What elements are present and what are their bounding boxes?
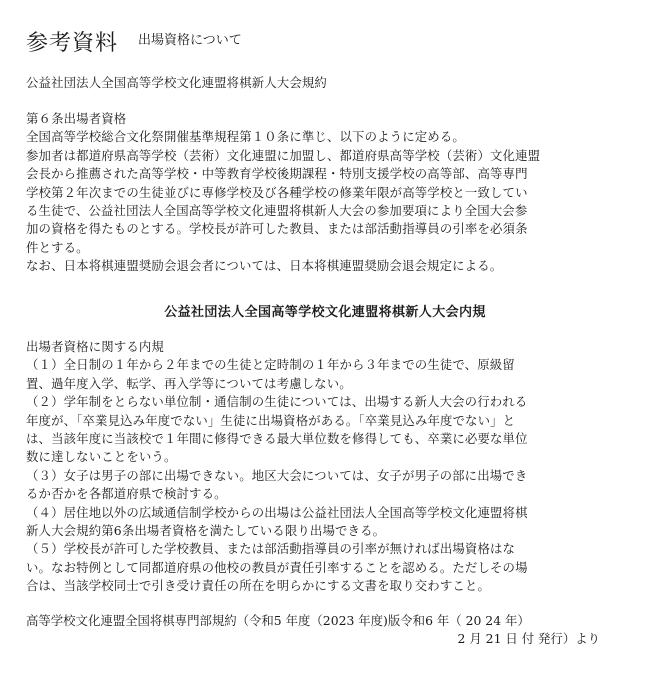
- bylaws-line: 数に達しないことをいう。: [26, 448, 626, 466]
- document-header: 参考資料 出場資格について: [26, 26, 242, 57]
- article-6-line: 参加者は都道府県高等学校（芸術）文化連盟に加盟し、都道府県高等学校（芸術）文化連…: [26, 147, 626, 165]
- bylaws-line: い。なお特例として同都道府県の他校の教員が責任引率することを認める。ただしその場: [26, 559, 626, 577]
- source-citation-line-1: 高等学校文化連盟全国将棋専門部規約（令和5 年度（2023 年度)版令和6 年（…: [26, 612, 626, 630]
- bylaws-heading: 出場者資格に関する内規: [26, 338, 626, 356]
- article-6-section: 第６条出場者資格 全国高等学校総合文化祭開催基準規程第１０条に準じ、以下のように…: [26, 110, 626, 276]
- bylaws-line: るか否かを各都道府県で検討する。: [26, 485, 626, 503]
- bylaws-title: 公益社団法人全国高等学校文化連盟将棋新人大会内規: [0, 301, 650, 320]
- bylaws-line: （１）全日制の１年から２年までの生徒と定時制の１年から３年までの生徒で、原級留: [26, 356, 626, 374]
- bylaws-line: （４）居住地以外の広域通信制学校からの出場は公益社団法人全国高等学校文化連盟将棋: [26, 504, 626, 522]
- article-6-line: る生徒で、公益社団法人全国高等学校文化連盟将棋新人大会の参加要項により全国大会参: [26, 202, 626, 220]
- bylaws-line: は、当該年度に当該校で１年間に修得できる最大単位数を修得しても、卒業に必要な単位: [26, 430, 626, 448]
- bylaws-line: （２）学年制をとらない単位制・通信制の生徒については、出場する新人大会の行われる: [26, 393, 626, 411]
- source-citation-line-2: 2 月 21 日 付 発行）より: [26, 630, 626, 648]
- article-6-line: 加の資格を得たものとする。学校長が許可した教員、または部活動指導員の引率を必須条: [26, 220, 626, 238]
- article-6-line: 件とする。: [26, 239, 626, 257]
- rules-title: 公益社団法人全国高等学校文化連盟将棋新人大会規約: [26, 74, 327, 92]
- bylaws-line: （３）女子は男子の部に出場できない。地区大会については、女子が男子の部に出場でき: [26, 467, 626, 485]
- article-6-line: なお、日本将棋連盟奨励会退会者については、日本将棋連盟奨励会退会規定による。: [26, 257, 626, 275]
- source-citation: 高等学校文化連盟全国将棋専門部規約（令和5 年度（2023 年度)版令和6 年（…: [26, 612, 626, 648]
- reference-material-subtitle: 出場資格について: [138, 29, 242, 48]
- article-6-line: 学校第２年次までの生徒並びに専修学校及び各種学校の修業年限が高等学校と一致してい: [26, 184, 626, 202]
- article-6-heading: 第６条出場者資格: [26, 110, 626, 128]
- document-page: 参考資料 出場資格について 公益社団法人全国高等学校文化連盟将棋新人大会規約 第…: [0, 0, 650, 677]
- bylaws-line: 置、過年度入学、転学、再入学等については考慮しない。: [26, 375, 626, 393]
- bylaws-line: 合は、当該学校同士で引き受け責任の所在を明らかにする文書を取り交わすこと。: [26, 577, 626, 595]
- bylaws-line: 年度が、「卒業見込み年度でない」生徒に出場資格がある。「卒業見込み年度でない」と: [26, 412, 626, 430]
- article-6-line: 全国高等学校総合文化祭開催基準規程第１０条に準じ、以下のように定める。: [26, 128, 626, 146]
- article-6-line: 会長から推薦された高等学校・中等教育学校後期課程・特別支援学校の高等部、高等専門: [26, 165, 626, 183]
- bylaws-section: 出場者資格に関する内規 （１）全日制の１年から２年までの生徒と定時制の１年から３…: [26, 338, 626, 596]
- reference-material-title: 参考資料: [26, 26, 118, 57]
- bylaws-line: 新人大会規約第6条出場者資格を満たしている限り出場できる。: [26, 522, 626, 540]
- bylaws-line: （５）学校長が許可した学校教員、または部活動指導員の引率が無ければ出場資格はな: [26, 540, 626, 558]
